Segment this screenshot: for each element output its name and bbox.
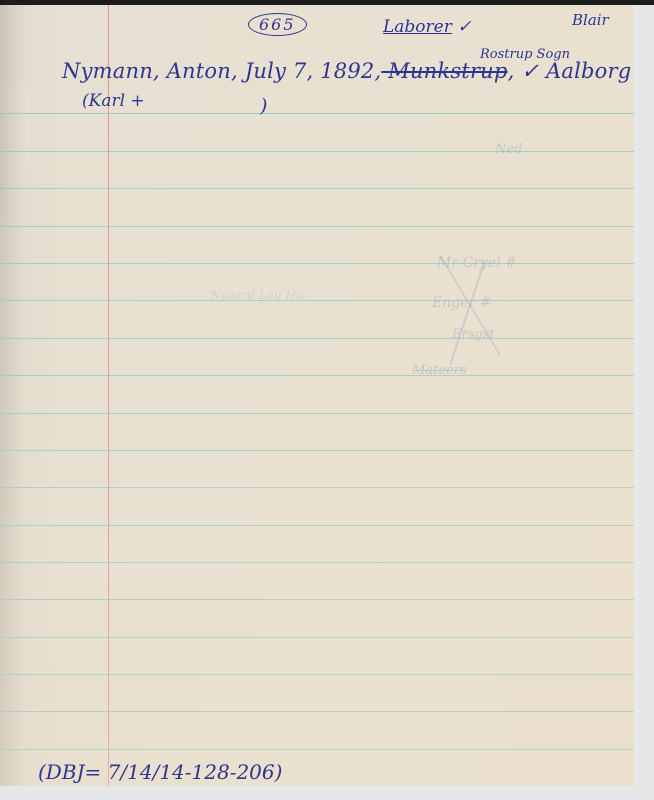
ruled-line [0,226,634,227]
ruled-line [0,263,634,264]
ruled-line [0,300,634,301]
ruled-line [0,711,634,712]
ruled-line [0,188,634,189]
ruled-line [0,637,634,638]
ruled-line [0,151,634,152]
ruled-line [0,674,634,675]
alias-close: ) [260,95,267,117]
ruled-line [0,113,634,114]
occupation: Laborer ✓ [383,17,472,37]
ruled-line [0,562,634,563]
ruled-line [0,450,634,451]
ruled-line [0,375,634,376]
faint-mark: Ned [495,142,522,157]
ruled-line [0,599,634,600]
faint-mark: Mateers [412,363,467,378]
ledger-page: Ned Mr Cryel # Enger # Ersgst Mateers Ny… [0,5,634,786]
ruled-line [0,413,634,414]
check-mark-icon: ✓ [457,17,471,37]
ruled-line [0,487,634,488]
alias-line: (Karl + [82,91,145,111]
record-number: 665 [248,13,307,36]
ruled-line [0,525,634,526]
main-entry: Nymann, Anton, July 7, 1892, Munkstrup, … [62,59,631,83]
separator: , [508,59,522,83]
person-name: Nymann, Anton, [62,59,238,83]
ruled-line [0,338,634,339]
faint-mark: Nyaard Lau Ha [210,288,303,302]
footer-reference: (DBJ= 7/14/14-128-206) [38,760,282,784]
county: Blair [572,11,609,29]
occupation-text: Laborer [383,17,452,37]
faint-mark: Ersgst [452,327,495,342]
faint-mark: Enger # [432,295,491,311]
faint-mark: Mr Cryel # [437,255,517,271]
ruled-line [0,749,634,750]
region: ✓ Aalborg [521,59,631,83]
margin-line [108,5,109,786]
birthplace-struck: Munkstrup [381,59,507,83]
birth-date: July 7, 1892, [238,59,382,83]
